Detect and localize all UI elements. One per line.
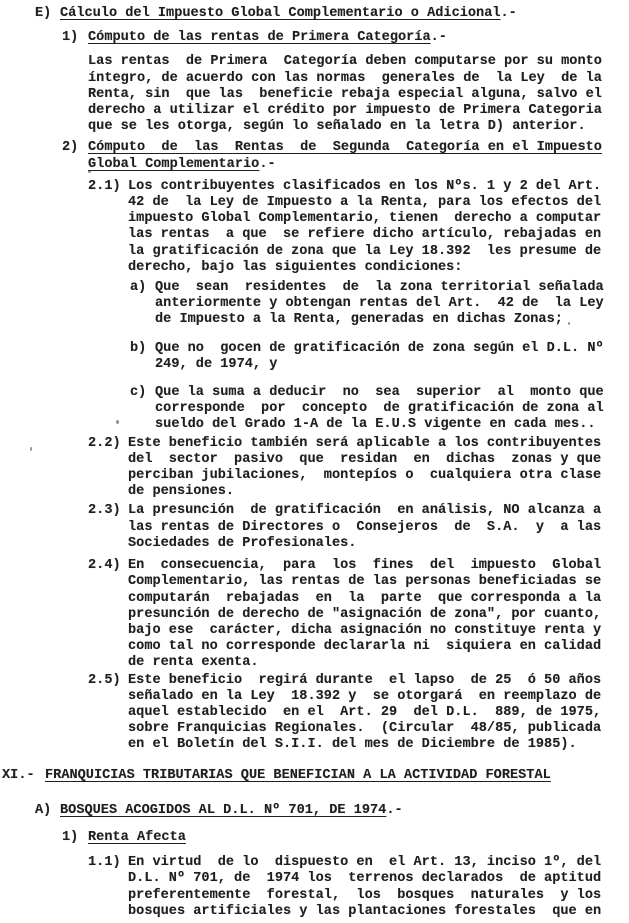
item-label: 1.1) [88, 855, 128, 871]
heading-text: Cómputo de las Rentas de Segunda Categor… [88, 140, 602, 171]
section-label: A) [35, 803, 60, 819]
section-title: Renta Afecta [88, 830, 629, 846]
item-label: 2.2) [88, 436, 128, 452]
item-label: 2.3) [88, 503, 128, 519]
item-label: a) [130, 280, 155, 296]
item-2-5: 2.5) Este beneficio regirá durante el la… [88, 673, 629, 754]
section-title: BOSQUES ACOGIDOS AL D.L. Nº 701, DE 1974… [60, 803, 629, 819]
heading-suffix: .- [431, 30, 447, 45]
section-title: FRANQUICIAS TRIBUTARIAS QUE BENEFICIAN A… [45, 768, 629, 784]
item-label: 2.4) [88, 558, 128, 574]
paragraph-text: Las rentas de Primera Categoría deben co… [88, 54, 629, 135]
item-text: La presunción de gratificación en anális… [128, 503, 629, 552]
heading-suffix: .- [501, 6, 517, 21]
scan-noise-speck [568, 322, 570, 325]
heading-a-bosques-dl-701: A) BOSQUES ACOGIDOS AL D.L. Nº 701, DE 1… [35, 803, 629, 819]
section-title: Cómputo de las rentas de Primera Categor… [88, 30, 629, 46]
item-text: Que no gocen de gratificación de zona se… [155, 341, 629, 373]
section-title: Cálculo del Impuesto Global Complementar… [60, 6, 629, 22]
heading-text: Cálculo del Impuesto Global Complementar… [60, 6, 501, 21]
scan-noise-speck [88, 170, 91, 173]
item-2-1-b: b) Que no gocen de gratificación de zona… [130, 341, 629, 373]
item-text: En consecuencia, para los fines del impu… [128, 558, 629, 671]
item-text: En virtud de lo dispuesto en el Art. 13,… [128, 855, 629, 920]
item-2-1-a: a) Que sean residentes de la zona territ… [130, 280, 629, 329]
section-label: 2) [62, 140, 88, 156]
section-label: E) [35, 6, 60, 22]
heading-suffix: .- [259, 157, 275, 172]
paragraph-rentas-primera-categoria: Las rentas de Primera Categoría deben co… [88, 54, 629, 135]
item-2-2: 2.2) Este beneficio también será aplicab… [88, 436, 629, 501]
section-label: 1) [62, 830, 88, 846]
item-2-1-c: c) Que la suma a deducir no sea superior… [130, 385, 629, 434]
scan-noise-speck [116, 420, 119, 424]
document-page: E) Cálculo del Impuesto Global Complemen… [0, 0, 629, 923]
heading-text: BOSQUES ACOGIDOS AL D.L. Nº 701, DE 1974 [60, 803, 386, 818]
section-title: Cómputo de las Rentas de Segunda Categor… [88, 140, 629, 172]
item-label: c) [130, 385, 155, 401]
item-text: Este beneficio regirá durante el lapso d… [128, 673, 629, 754]
heading-suffix: .- [386, 803, 402, 818]
heading-renta-afecta: 1) Renta Afecta [62, 830, 629, 846]
item-2-3: 2.3) La presunción de gratificación en a… [88, 503, 629, 552]
section-label: XI.- [2, 768, 45, 784]
heading-computo-primera-categoria: 1) Cómputo de las rentas de Primera Cate… [62, 30, 629, 46]
item-2-4: 2.4) En consecuencia, para los fines del… [88, 558, 629, 671]
section-label: 1) [62, 30, 88, 46]
heading-text: Renta Afecta [88, 830, 186, 845]
item-text: Que la suma a deducir no sea superior al… [155, 385, 629, 434]
heading-text: FRANQUICIAS TRIBUTARIAS QUE BENEFICIAN A… [45, 768, 551, 783]
item-text: Este beneficio también será aplicable a … [128, 436, 629, 501]
item-text: Que sean residentes de la zona territori… [155, 280, 629, 329]
scan-noise-speck [30, 447, 32, 451]
item-text: Los contribuyentes clasificados en los N… [128, 179, 629, 276]
heading-calculo-impuesto-global: E) Cálculo del Impuesto Global Complemen… [35, 6, 629, 22]
item-1-1: 1.1) En virtud de lo dispuesto en el Art… [88, 855, 629, 920]
heading-computo-segunda-categoria: 2) Cómputo de las Rentas de Segunda Cate… [62, 140, 629, 172]
item-2-1: 2.1) Los contribuyentes clasificados en … [88, 179, 629, 276]
item-label: 2.1) [88, 179, 128, 195]
item-label: b) [130, 341, 155, 357]
heading-xi-franquicias-forestal: XI.- FRANQUICIAS TRIBUTARIAS QUE BENEFIC… [2, 768, 629, 784]
heading-text: Cómputo de las rentas de Primera Categor… [88, 30, 431, 45]
item-label: 2.5) [88, 673, 128, 689]
